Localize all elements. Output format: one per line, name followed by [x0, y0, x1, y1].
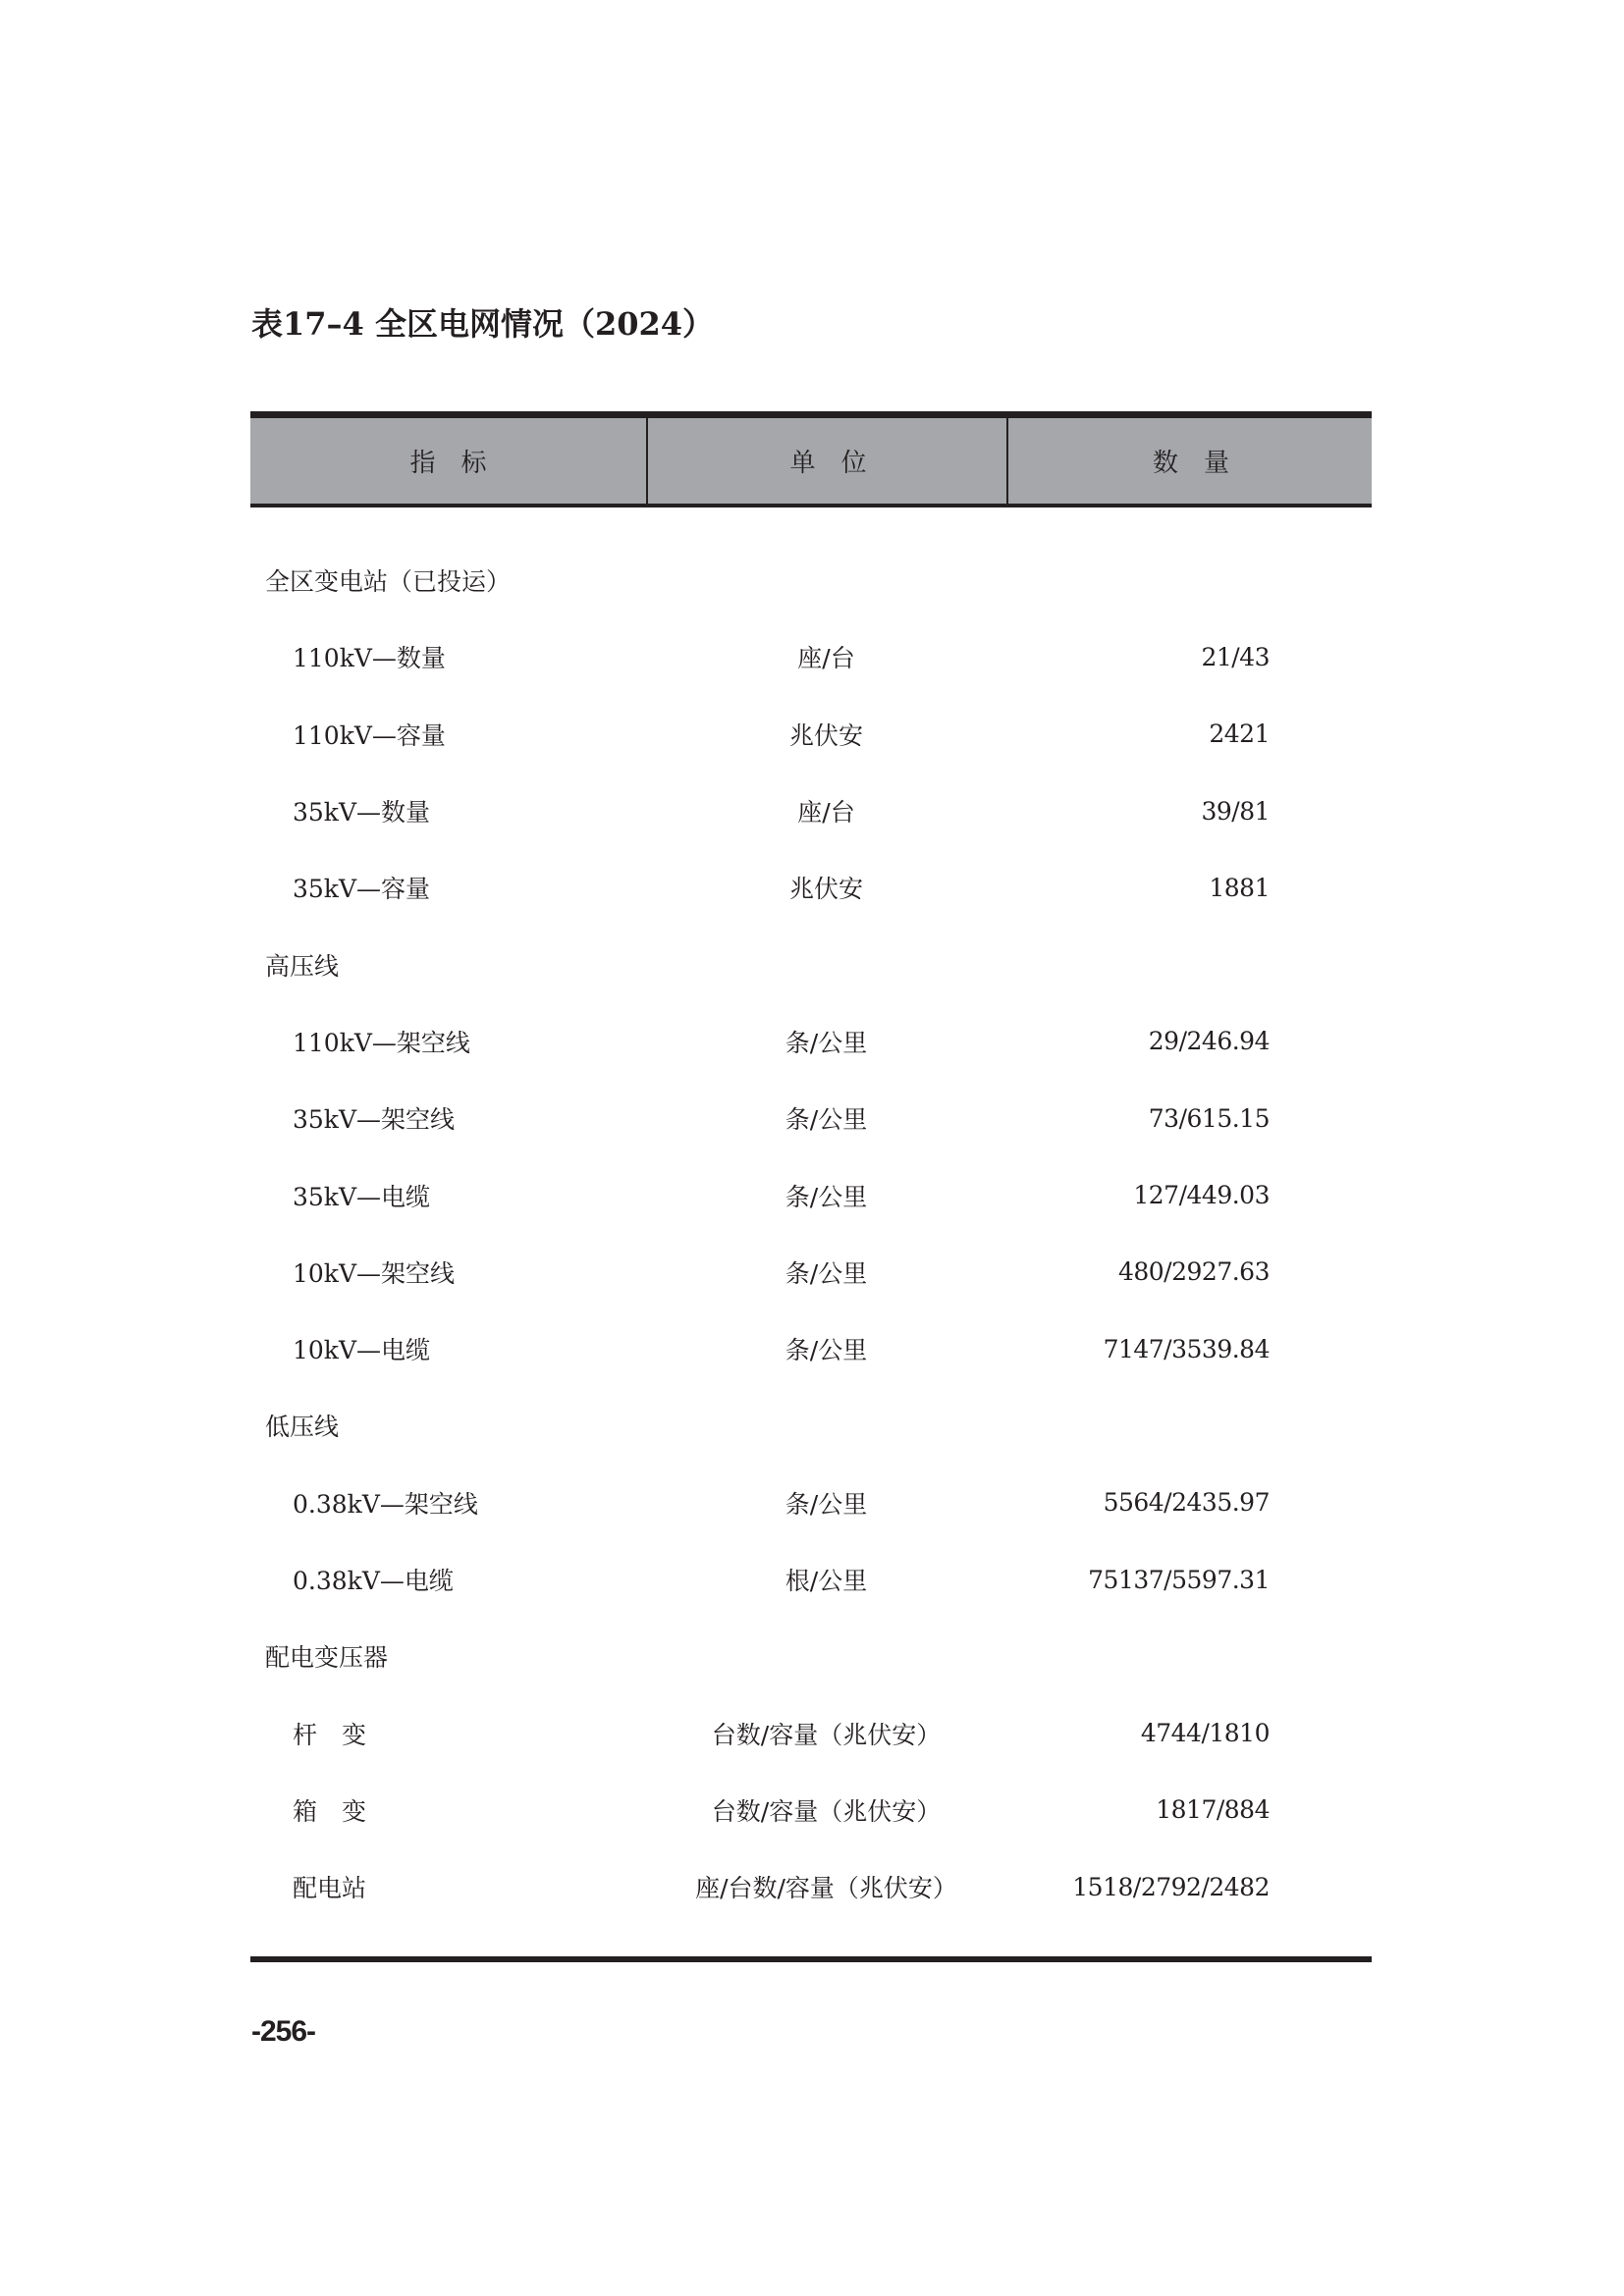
row-value: 39/81: [1006, 773, 1270, 849]
row-name: 10kV—架空线: [293, 1234, 455, 1310]
table-row: 箱 变台数/容量（兆伏安）1817/884: [250, 1772, 1372, 1848]
table-row: 10kV—架空线条/公里480/2927.63: [250, 1234, 1372, 1310]
table-header-row: 指 标 单 位 数 量: [250, 411, 1372, 507]
table-row: 高压线: [250, 926, 1372, 1002]
row-unit: 条/公里: [646, 1310, 1006, 1387]
table-row: 0.38kV—架空线条/公里5564/2435.97: [250, 1465, 1372, 1541]
row-unit: 根/公里: [646, 1541, 1006, 1618]
row-unit: [646, 926, 1006, 1002]
row-name: 杆 变: [293, 1694, 366, 1771]
row-unit: 条/公里: [646, 1156, 1006, 1233]
row-name: 110kV—容量: [293, 696, 446, 773]
row-name: 箱 变: [293, 1772, 366, 1848]
header-quantity: 数 量: [1006, 418, 1374, 504]
row-unit: [646, 1387, 1006, 1464]
row-unit: 条/公里: [646, 1465, 1006, 1541]
row-value: 21/43: [1006, 618, 1270, 695]
row-value: 75137/5597.31: [1006, 1541, 1270, 1618]
row-name: 0.38kV—架空线: [293, 1465, 478, 1541]
table-row: 配电站座/台数/容量（兆伏安）1518/2792/2482: [250, 1848, 1372, 1925]
table-row: 0.38kV—电缆根/公里75137/5597.31: [250, 1541, 1372, 1618]
row-value: 2421: [1006, 696, 1270, 773]
row-unit: 兆伏安: [646, 696, 1006, 773]
table-row: 110kV—容量兆伏安2421: [250, 696, 1372, 773]
row-value: [1006, 1618, 1270, 1694]
row-name: 110kV—架空线: [293, 1003, 470, 1080]
row-name: 35kV—数量: [293, 773, 430, 849]
table-row: 35kV—数量座/台39/81: [250, 773, 1372, 849]
row-name: 低压线: [265, 1387, 339, 1464]
table-row: 35kV—电缆条/公里127/449.03: [250, 1156, 1372, 1233]
row-name: 0.38kV—电缆: [293, 1541, 454, 1618]
data-table-header: 指 标 单 位 数 量: [250, 411, 1372, 507]
row-unit: 座/台: [646, 773, 1006, 849]
row-name: 配电变压器: [265, 1618, 388, 1694]
row-value: 1518/2792/2482: [1006, 1848, 1270, 1925]
row-value: 4744/1810: [1006, 1694, 1270, 1771]
row-value: [1006, 926, 1270, 1002]
table-row: 杆 变台数/容量（兆伏安）4744/1810: [250, 1694, 1372, 1771]
table-row: 35kV—架空线条/公里73/615.15: [250, 1080, 1372, 1156]
header-indicator: 指 标: [250, 418, 646, 504]
row-unit: [646, 542, 1006, 618]
table-row: 配电变压器: [250, 1618, 1372, 1694]
row-value: 73/615.15: [1006, 1080, 1270, 1156]
table-row: 110kV—数量座/台21/43: [250, 618, 1372, 695]
table-title: 表17–4 全区电网情况（2024）: [251, 302, 714, 346]
table-row: 110kV—架空线条/公里29/246.94: [250, 1003, 1372, 1080]
row-name: 35kV—电缆: [293, 1156, 430, 1233]
row-unit: 条/公里: [646, 1080, 1006, 1156]
row-name: 全区变电站（已投运）: [265, 542, 511, 618]
row-unit: [646, 1618, 1006, 1694]
table-row: 35kV—容量兆伏安1881: [250, 849, 1372, 926]
row-value: [1006, 1387, 1270, 1464]
table-row: 10kV—电缆条/公里7147/3539.84: [250, 1310, 1372, 1387]
row-unit: 座/台数/容量（兆伏安）: [646, 1848, 1006, 1925]
row-unit: 座/台: [646, 618, 1006, 695]
row-value: 1817/884: [1006, 1772, 1270, 1848]
row-value: 480/2927.63: [1006, 1234, 1270, 1310]
row-unit: 台数/容量（兆伏安）: [646, 1772, 1006, 1848]
table-bottom-rule: [250, 1956, 1372, 1962]
row-value: 127/449.03: [1006, 1156, 1270, 1233]
row-value: 29/246.94: [1006, 1003, 1270, 1080]
row-value: 1881: [1006, 849, 1270, 926]
row-name: 高压线: [265, 926, 339, 1002]
row-name: 配电站: [293, 1848, 366, 1925]
row-value: 5564/2435.97: [1006, 1465, 1270, 1541]
row-unit: 兆伏安: [646, 849, 1006, 926]
row-name: 35kV—架空线: [293, 1080, 455, 1156]
table-row: 低压线: [250, 1387, 1372, 1464]
row-unit: 条/公里: [646, 1234, 1006, 1310]
row-value: [1006, 542, 1270, 618]
header-unit: 单 位: [646, 418, 1008, 504]
row-unit: 台数/容量（兆伏安）: [646, 1694, 1006, 1771]
row-name: 35kV—容量: [293, 849, 430, 926]
row-name: 110kV—数量: [293, 618, 446, 695]
table-body: 全区变电站（已投运） 110kV—数量座/台21/43 110kV—容量兆伏安2…: [250, 542, 1372, 1925]
row-unit: 条/公里: [646, 1003, 1006, 1080]
row-name: 10kV—电缆: [293, 1310, 430, 1387]
table-row: 全区变电站（已投运）: [250, 542, 1372, 618]
page-number: -256-: [251, 2012, 315, 2052]
row-value: 7147/3539.84: [1006, 1310, 1270, 1387]
